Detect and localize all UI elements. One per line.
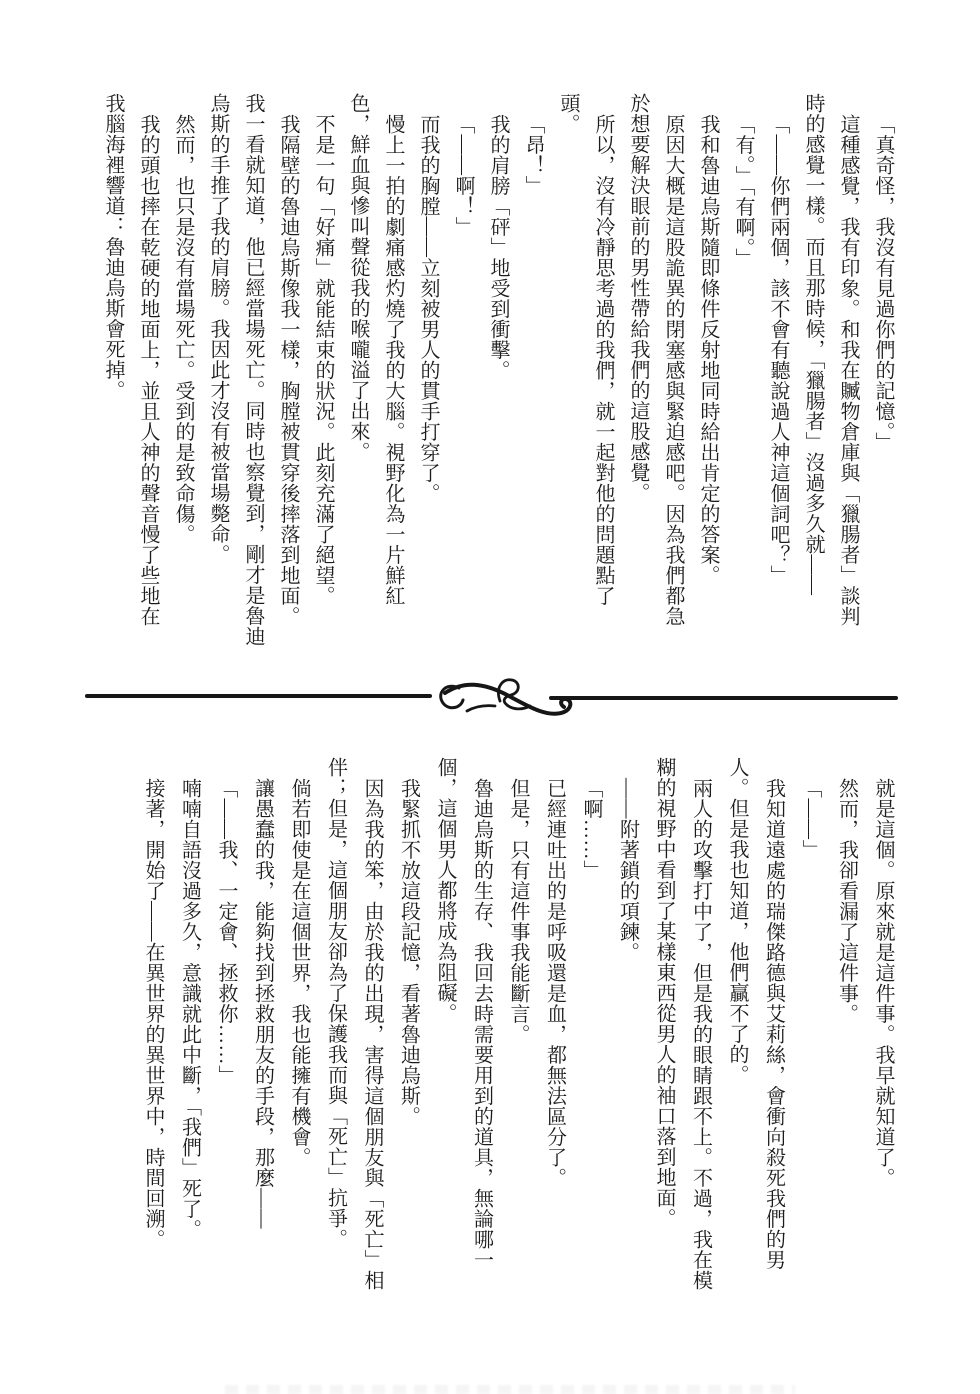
text-column: 所以，沒有冷靜思考過的我們，就一起對他的問題點了 [585,93,620,649]
text-column: 我一看就知道，他已經當場死亡。同時也察覺到，剛才是魯迪 [235,93,270,649]
text-column: 於想要解決眼前的男性帶給我們的這股感覺。 [620,93,655,649]
text-column: 喃喃自語沒過多久，意識就此中斷，「我們」死了。 [171,757,208,1295]
text-column: 原因大概是這股詭異的閉塞感與緊迫感吧。因為我們都急 [655,93,690,649]
text-column: 我和魯迪烏斯隨即條件反射地同時給出肯定的答案。 [690,93,725,649]
section-divider [415,655,585,745]
text-column: 而我的胸膛——立刻被男人的貫手打穿了。 [410,93,445,649]
text-column: 人。但是我也知道，他們贏不了的。 [719,757,756,1295]
text-column: 「昂！」 [515,93,550,649]
text-column: 我腦海裡響道：魯迪烏斯會死掉。 [95,93,130,649]
text-column: 我的肩膀「砰」地受到衝擊。 [480,93,515,649]
text-column: 就是這個。原來就是這件事。我早就知道了。 [865,757,902,1295]
text-column: 兩人的攻擊打中了，但是我的眼睛跟不上。不過，我在模 [682,757,719,1295]
text-column: 接著，開始了——在異世界的異世界中，時間回溯。 [135,757,172,1295]
text-column: 「真奇怪，我沒有見過你們的記憶。」 [865,93,900,649]
text-column: 倘若即使是在這個世界，我也能擁有機會。 [281,757,318,1295]
text-column: 時的感覺一樣。而且那時候，「獵腸者」沒過多久就—— [795,93,830,649]
text-column: 我的頭也摔在乾硬的地面上，並且人神的聲音慢了些地在 [130,93,165,649]
divider-line-left [85,694,432,698]
text-column: 我知道遠處的瑞傑路德與艾莉絲，會衝向殺死我們的男 [755,757,792,1295]
text-column: 「有。」「有啊。」 [725,93,760,649]
text-column: 烏斯的手推了我的肩膀。我因此才沒有被當場斃命。 [200,93,235,649]
text-column: 慢上一拍的劇痛感灼燒了我的大腦。視野化為一片鮮紅 [375,93,410,649]
top-text-block: 「真奇怪，我沒有見過你們的記憶。」這種感覺，我有印象。和我在贓物倉庫與「獵腸者」… [95,93,900,649]
text-column: 不是一句「好痛」就能結束的狀況。此刻充滿了絕望。 [305,93,340,649]
text-column: 但是，只有這件事我能斷言。 [500,757,537,1295]
text-column: 「——」 [792,757,829,1295]
text-column: 然而，我卻看漏了這件事。 [828,757,865,1295]
text-column: 我緊抓不放這段記憶，看著魯迪烏斯。 [390,757,427,1295]
divider-line-right [549,696,898,700]
text-column: 頭。 [550,93,585,649]
text-column: 然而，也只是沒有當場死亡。受到的是致命傷。 [165,93,200,649]
text-column: 糊的視野中看到了某樣東西從男人的袖口落到地面。 [646,757,683,1295]
novel-page: 「真奇怪，我沒有見過你們的記憶。」這種感覺，我有印象。和我在贓物倉庫與「獵腸者」… [0,0,980,1394]
text-column: 魯迪烏斯的生存、我回去時需要用到的道具，無論哪一 [463,757,500,1295]
text-column: 「——我、一定會、拯救你……」 [208,757,245,1295]
text-column: ——附著鎖的項鍊。 [609,757,646,1295]
bottom-text-block: 就是這個。原來就是這件事。我早就知道了。然而，我卻看漏了這件事。「——」我知道遠… [135,757,902,1295]
text-column: 我隔壁的魯迪烏斯像我一樣，胸膛被貫穿後摔落到地面。 [270,93,305,649]
flourish-swirl-icon [415,655,585,745]
text-column: 個，這個男人都將成為阻礙。 [427,757,464,1295]
text-column: 因為我的笨，由於我的出現，害得這個朋友與「死亡」相 [354,757,391,1295]
text-column: 「——啊！」 [445,93,480,649]
page-bottom-bleed [225,1385,795,1394]
text-column: 伴；但是，這個朋友卻為了保護我而與「死亡」抗爭。 [317,757,354,1295]
text-column: 已經連吐出的是呼吸還是血，都無法區分了。 [536,757,573,1295]
text-column: 「啊……」 [573,757,610,1295]
text-column: 讓愚蠢的我，能夠找到拯救朋友的手段，那麼—— [244,757,281,1295]
text-column: 「——你們兩個，該不會有聽說過人神這個詞吧？」 [760,93,795,649]
text-column: 色，鮮血與慘叫聲從我的喉嚨溢了出來。 [340,93,375,649]
text-column: 這種感覺，我有印象。和我在贓物倉庫與「獵腸者」談判 [830,93,865,649]
